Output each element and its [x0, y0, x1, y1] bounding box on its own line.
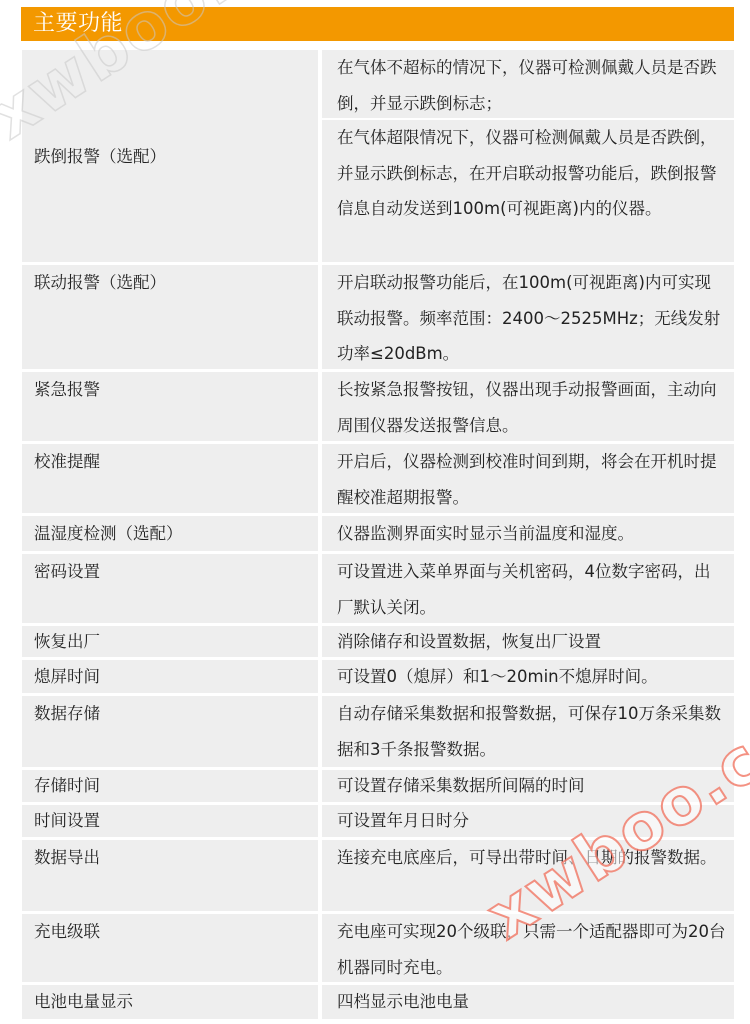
feature-name: 紧急报警: [22, 372, 318, 441]
feature-name: 校准提醒: [22, 444, 318, 513]
feature-description: 可设置年月日时分: [322, 805, 734, 837]
feature-description: 可设置进入菜单界面与关机密码，4位数字密码，出厂默认关闭。: [322, 554, 734, 623]
feature-name: 数据存储: [22, 696, 318, 767]
feature-name: 时间设置: [22, 805, 318, 837]
feature-name: 数据导出: [22, 840, 318, 911]
feature-description: 在气体超限情况下，仪器可检测佩戴人员是否跌倒，并显示跌倒标志，在开启联动报警功能…: [322, 120, 734, 262]
table-row: 存储时间 可设置存储采集数据所间隔的时间: [22, 770, 734, 802]
section-header: 主要功能: [21, 7, 734, 41]
feature-name: 密码设置: [22, 554, 318, 623]
feature-description: 仪器监测界面实时显示当前温度和湿度。: [322, 516, 734, 551]
feature-description: 自动存储采集数据和报警数据，可保存10万条采集数据和3千条报警数据。: [322, 696, 734, 767]
feature-table: 跌倒报警（选配） 在气体不超标的情况下，仪器可检测佩戴人员是否跌倒，并显示跌倒标…: [22, 50, 734, 1022]
table-row: 数据存储 自动存储采集数据和报警数据，可保存10万条采集数据和3千条报警数据。: [22, 696, 734, 767]
feature-name: 跌倒报警（选配）: [22, 50, 318, 262]
table-row: 电池电量显示 四档显示电池电量: [22, 985, 734, 1019]
feature-name: 存储时间: [22, 770, 318, 802]
feature-name: 联动报警（选配）: [22, 265, 318, 369]
table-row: 温湿度检测（选配） 仪器监测界面实时显示当前温度和湿度。: [22, 516, 734, 551]
table-row: 数据导出 连接充电底座后，可导出带时间、日期的报警数据。: [22, 840, 734, 911]
table-row: 校准提醒 开启后，仪器检测到校准时间到期，将会在开机时提醒校准超期报警。: [22, 444, 734, 513]
feature-description: 消除储存和设置数据，恢复出厂设置: [322, 626, 734, 657]
feature-description: 开启后，仪器检测到校准时间到期，将会在开机时提醒校准超期报警。: [322, 444, 734, 513]
feature-name: 恢复出厂: [22, 626, 318, 657]
feature-name: 充电级联: [22, 914, 318, 982]
table-row: 熄屏时间 可设置0（熄屏）和1～20min不熄屏时间。: [22, 660, 734, 693]
feature-description: 长按紧急报警按钮，仪器出现手动报警画面，主动向周围仪器发送报警信息。: [322, 372, 734, 441]
feature-description: 充电座可实现20个级联，只需一个适配器即可为20台机器同时充电。: [322, 914, 734, 982]
feature-description: 可设置0（熄屏）和1～20min不熄屏时间。: [322, 660, 734, 693]
feature-description: 开启联动报警功能后，在100m(可视距离)内可实现联动报警。频率范围：2400～…: [322, 265, 734, 369]
table-row: 紧急报警 长按紧急报警按钮，仪器出现手动报警画面，主动向周围仪器发送报警信息。: [22, 372, 734, 441]
feature-description: 在气体不超标的情况下，仪器可检测佩戴人员是否跌倒，并显示跌倒标志；: [322, 50, 734, 118]
table-row: 充电级联 充电座可实现20个级联，只需一个适配器即可为20台机器同时充电。: [22, 914, 734, 982]
table-row: 跌倒报警（选配） 在气体不超标的情况下，仪器可检测佩戴人员是否跌倒，并显示跌倒标…: [22, 50, 734, 262]
feature-name: 熄屏时间: [22, 660, 318, 693]
table-row: 密码设置 可设置进入菜单界面与关机密码，4位数字密码，出厂默认关闭。: [22, 554, 734, 623]
feature-name: 电池电量显示: [22, 985, 318, 1019]
table-row: 恢复出厂 消除储存和设置数据，恢复出厂设置: [22, 626, 734, 657]
feature-description: 可设置存储采集数据所间隔的时间: [322, 770, 734, 802]
feature-name: 温湿度检测（选配）: [22, 516, 318, 551]
feature-description: 连接充电底座后，可导出带时间、日期的报警数据。: [322, 840, 734, 911]
table-row: 时间设置 可设置年月日时分: [22, 805, 734, 837]
table-row: 联动报警（选配） 开启联动报警功能后，在100m(可视距离)内可实现联动报警。频…: [22, 265, 734, 369]
section-title: 主要功能: [33, 10, 123, 38]
feature-description: 四档显示电池电量: [322, 985, 734, 1019]
